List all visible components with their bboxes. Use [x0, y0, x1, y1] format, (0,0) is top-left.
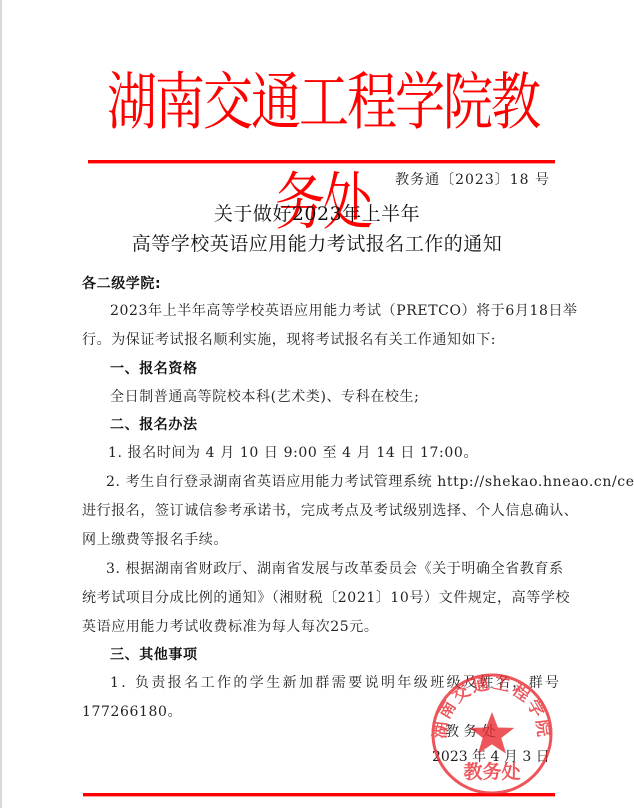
page-edge: [0, 0, 2, 808]
section-heading-eligibility: 一、报名资格: [110, 355, 198, 383]
procedure-item-2-line-1: 2. 考生自行登录湖南省英语应用能力考试管理系统 http://shekao.h…: [106, 468, 634, 496]
procedure-item-1: 1. 报名时间为 4 月 10 日 9:00 至 4 月 14 日 17:00。: [108, 439, 478, 467]
red-rule-top: [88, 160, 555, 163]
eligibility-text: 全日制普通高等院校本科(艺术类)、专科在校生;: [110, 383, 419, 411]
procedure-item-3-line-1: 3. 根据湖南省财政厅、湖南省发展与改革委员会《关于明确全省教育系: [106, 555, 564, 583]
notice-title-line-1: 关于做好2023年上半年: [0, 199, 634, 229]
notice-title-line-2: 高等学校英语应用能力考试报名工作的通知: [0, 229, 634, 259]
official-seal-stamp: 湖南交通工程学院 教务处: [430, 672, 554, 796]
other-item-1-line-2: 177266180。: [82, 698, 182, 726]
section-heading-procedure: 二、报名办法: [110, 411, 198, 439]
intro-paragraph-line-2: 行。为保证考试报名顺利实施，现将考试报名有关工作通知如下:: [82, 326, 496, 354]
document-number: 教务通〔2023〕18 号: [380, 166, 550, 194]
intro-paragraph-line-1: 2023年上半年高等学校英语应用能力考试（PRETCO）将于6月18日举: [110, 297, 578, 325]
section-heading-other: 三、其他事项: [110, 641, 198, 669]
procedure-item-2-line-3: 网上缴费等报名手续。: [82, 526, 228, 554]
masthead-title: 湖南交通工程学院教务处: [88, 52, 558, 152]
star-icon: [470, 712, 515, 754]
salutation: 各二级学院:: [82, 270, 161, 298]
procedure-item-2-line-2: 进行报名，签订诚信参考承诺书，完成考点及考试级别选择、个人信息确认、: [82, 497, 578, 525]
seal-bottom-text: 教务处: [463, 760, 520, 783]
procedure-item-3-line-2: 统考试项目分成比例的通知》（湘财税〔2021〕10号）文件规定，高等学校: [82, 584, 570, 612]
procedure-item-3-line-3: 英语应用能力考试收费标准为每人每次25元。: [82, 613, 378, 641]
